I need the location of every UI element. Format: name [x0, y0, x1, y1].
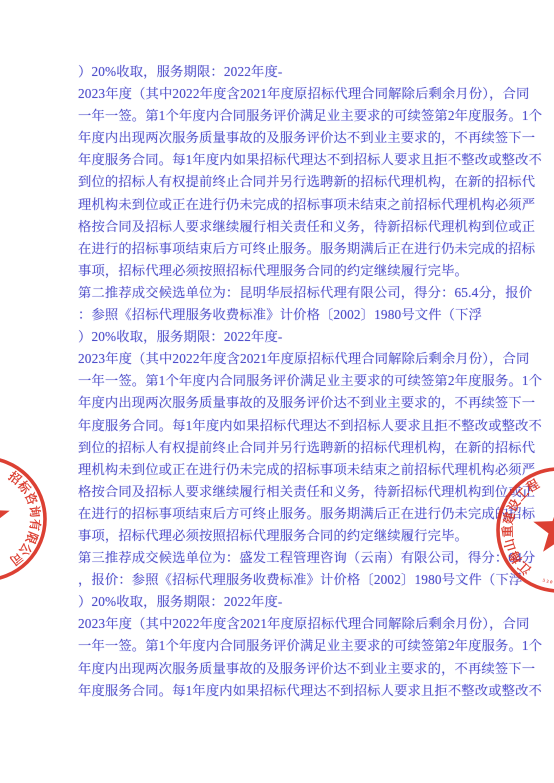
text-line: 2023年度（其中2022年度含2021年度原招标代理合同解除后剩余月份），合同: [78, 83, 498, 105]
text-line: 2023年度（其中2022年度含2021年度原招标代理合同解除后剩余月份），合同: [78, 613, 498, 635]
text-line: 事项，招标代理必须按照招标代理服务合同的约定继续履行完毕。: [78, 260, 498, 282]
text-line: 年度内出现两次服务质量事故的及服务评价达不到业主要求的，不再续签下一: [78, 658, 498, 680]
text-line: 年度内出现两次服务质量事故的及服务评价达不到业主要求的，不再续签下一: [78, 127, 498, 149]
text-line: ）20%收取，服务期限：2022年度-: [78, 591, 498, 613]
red-seal-left: 招标咨询有限公司 5301568: [0, 444, 59, 594]
document-text-block: ）20%收取，服务期限：2022年度-2023年度（其中2022年度含2021年…: [78, 61, 498, 702]
svg-text:5301253: 5301253: [542, 578, 554, 585]
text-line: 一年一签。第1个年度内合同服务评价满足业主要求的可续签第2年度服务。1个: [78, 370, 498, 392]
text-line: 理机构未到位或正在进行仍未完成的招标事项未结束之前招标代理机构必须严: [78, 459, 498, 481]
red-seal-right: 江梅山重建设工程 5301253: [484, 455, 554, 605]
text-line: 年度内出现两次服务质量事故的及服务评价达不到业主要求的，不再续签下一: [78, 392, 498, 414]
text-line: 到位的招标人有权提前终止合同并另行选聘新的招标代理机构，在新的招标代: [78, 437, 498, 459]
text-line: 一年一签。第1个年度内合同服务评价满足业主要求的可续签第2年度服务。1个: [78, 635, 498, 657]
svg-text:招标咨询有限公司: 招标咨询有限公司: [5, 468, 43, 568]
text-line: 事项，招标代理必须按照招标代理服务合同的约定继续履行完毕。: [78, 525, 498, 547]
text-line: 年度服务合同。每1年度内如果招标代理达不到招标人要求且拒不整改或整改不: [78, 415, 498, 437]
text-line: ）20%收取，服务期限：2022年度-: [78, 61, 498, 83]
text-line: 第二推荐成交候选单位为：昆明华辰招标代理有限公司，得分：65.4分，报价: [78, 282, 498, 304]
text-line: ，报价：参照《招标代理服务收费标准》计价格〔2002〕1980号文件（下浮: [78, 569, 498, 591]
document-page: ）20%收取，服务期限：2022年度-2023年度（其中2022年度含2021年…: [0, 0, 554, 783]
text-line: ）20%收取，服务期限：2022年度-: [78, 326, 498, 348]
text-line: 一年一签。第1个年度内合同服务评价满足业主要求的可续签第2年度服务。1个: [78, 105, 498, 127]
text-line: 年度服务合同。每1年度内如果招标代理达不到招标人要求且拒不整改或整改不: [78, 149, 498, 171]
text-line: 在进行的招标事项结束后方可终止服务。服务期满后正在进行仍未完成的招标: [78, 503, 498, 525]
seal-arc-text: 招标咨询有限公司: [5, 468, 43, 568]
text-line: 格按合同及招标人要求继续履行相关责任和义务，待新招标代理机构到位或正: [78, 216, 498, 238]
text-line: 理机构未到位或正在进行仍未完成的招标事项未结束之前招标代理机构必须严: [78, 194, 498, 216]
text-line: 格按合同及招标人要求继续履行相关责任和义务，待新招标代理机构到位或正: [78, 481, 498, 503]
text-line: 在进行的招标事项结束后方可终止服务。服务期满后正在进行仍未完成的招标: [78, 238, 498, 260]
text-line: 到位的招标人有权提前终止合同并另行选聘新的招标代理机构，在新的招标代: [78, 171, 498, 193]
star-icon: [0, 492, 10, 541]
text-line: 2023年度（其中2022年度含2021年度原招标代理合同解除后剩余月份），合同: [78, 348, 498, 370]
text-line: 第三推荐成交候选单位为：盛发工程管理咨询（云南）有限公司，得分：64分: [78, 547, 498, 569]
seal-serial: 5301253: [542, 578, 554, 585]
text-line: 年度服务合同。每1年度内如果招标代理达不到招标人要求且拒不整改或整改不: [78, 680, 498, 702]
text-line: ：参照《招标代理服务收费标准》计价格〔2002〕1980号文件（下浮: [78, 304, 498, 326]
star-icon: [533, 503, 554, 552]
